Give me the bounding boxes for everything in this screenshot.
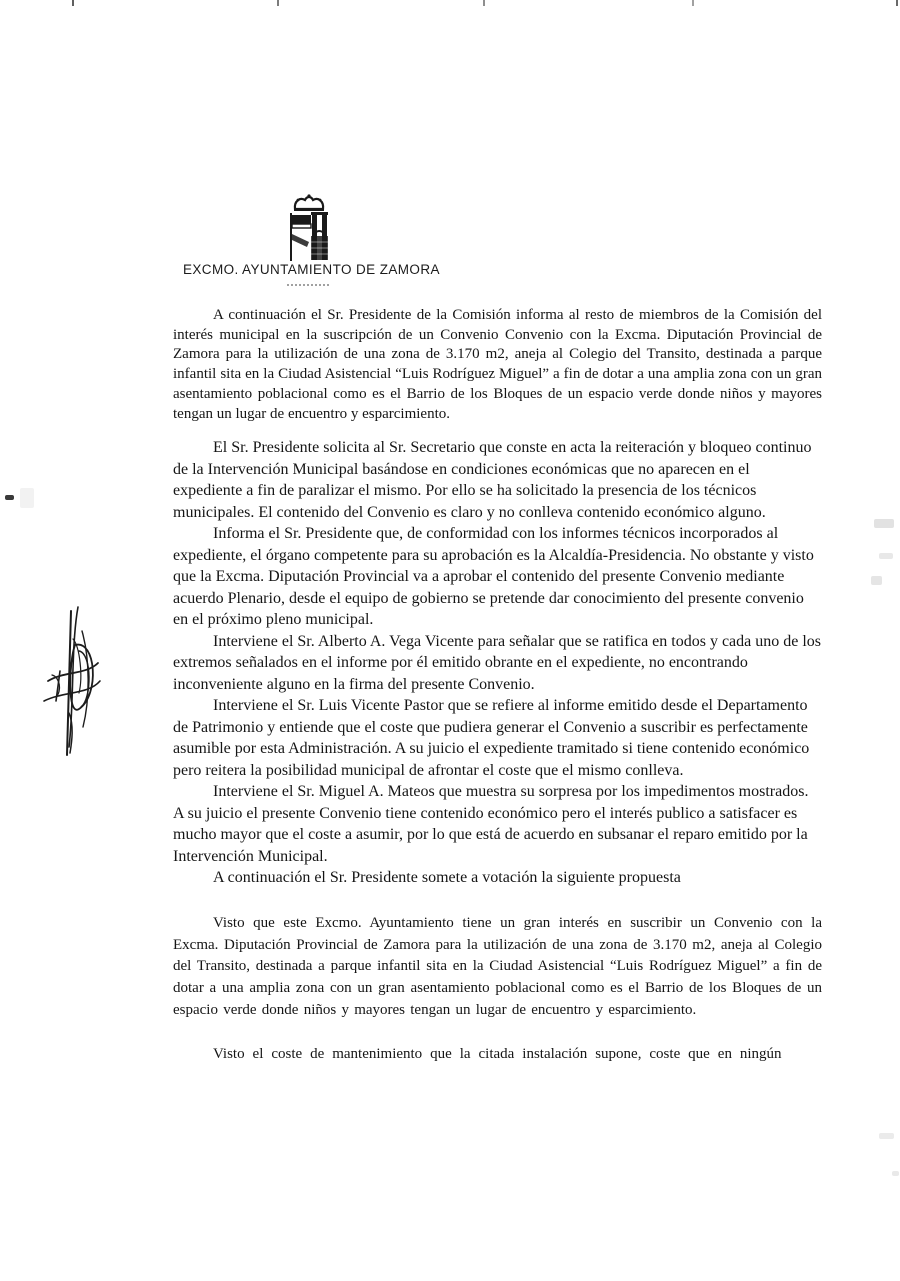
scan-tick-mark [72,0,74,6]
letterhead-dotted-mark [287,284,329,286]
scan-tick-mark [692,0,694,6]
body-paragraph-presidente-secretario: El Sr. Presidente solicita al Sr. Secret… [173,437,822,523]
scanned-document-page: EXCMO. AYUNTAMIENTO DE ZAMORA A continua… [0,0,900,1281]
scan-smudge [5,495,14,500]
organization-name: EXCMO. AYUNTAMIENTO DE ZAMORA [183,262,483,277]
scan-smudge [879,553,893,559]
scan-tick-mark [277,0,279,6]
document-body: A continuación el Sr. Presidente de la C… [173,306,822,1065]
scan-smudge [20,488,34,508]
body-paragraph-interviene-pastor: Interviene el Sr. Luis Vicente Pastor qu… [173,695,822,781]
scan-smudge [892,1171,899,1176]
scan-tick-mark [483,0,485,6]
body-paragraph-visto-coste: Visto el coste de mantenimiento que la c… [173,1044,822,1065]
scan-smudge [871,576,882,585]
margin-signature-scribble [38,603,110,765]
body-paragraph-informa-presidente: Informa el Sr. Presidente que, de confor… [173,523,822,631]
body-paragraph-votacion: A continuación el Sr. Presidente somete … [173,867,822,889]
coat-of-arms-icon [278,192,340,264]
body-paragraph-intro: A continuación el Sr. Presidente de la C… [173,306,822,424]
body-paragraph-visto-convenio: Visto que este Excmo. Ayuntamiento tiene… [173,913,822,1022]
scan-smudge [874,519,894,528]
body-paragraph-interviene-mateos: Interviene el Sr. Miguel A. Mateos que m… [173,781,822,867]
body-paragraph-interviene-vega: Interviene el Sr. Alberto A. Vega Vicent… [173,631,822,696]
scan-smudge [879,1133,894,1139]
scan-tick-mark [896,0,898,6]
